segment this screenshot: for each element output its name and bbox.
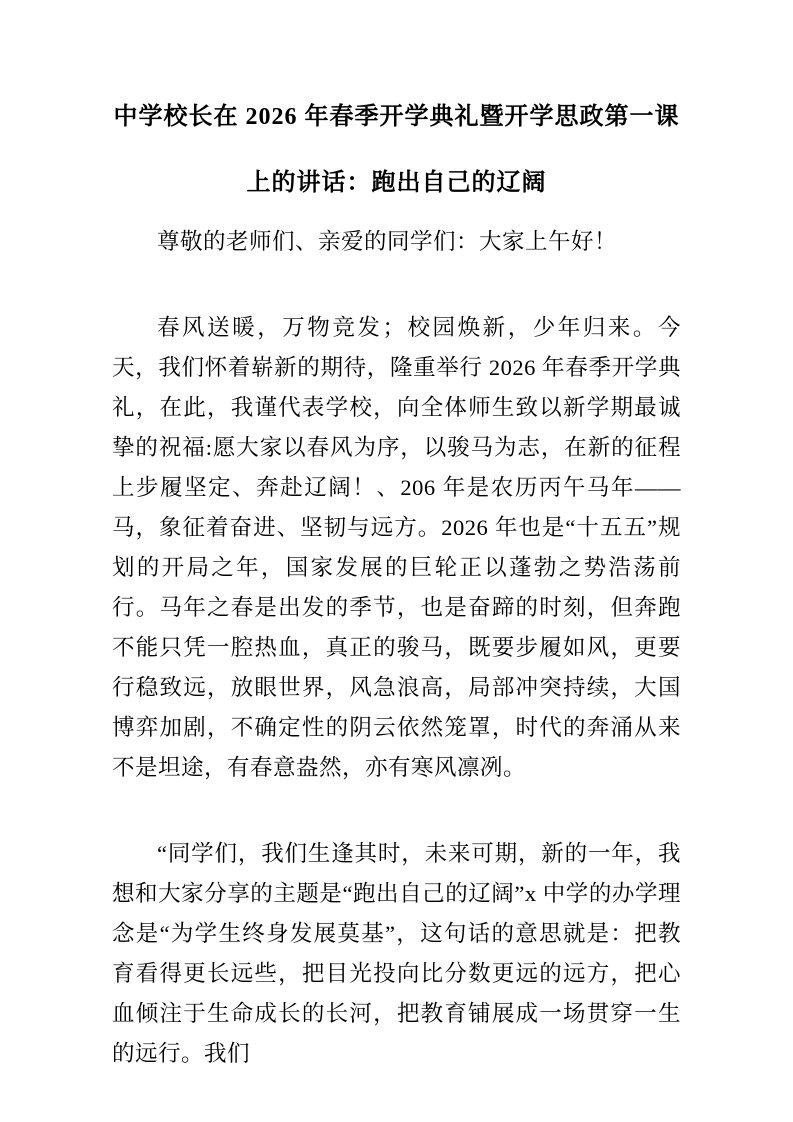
document-title-line-1: 中学校长在 2026 年春季开学典礼暨开学思政第一课 [112,84,681,150]
body-paragraph-1: 春风送暖，万物竞发；校园焕新，少年归来。今天，我们怀着崭新的期待，隆重举行 20… [112,308,681,788]
body-paragraph-2: “同学们，我们生逢其时，未来可期，新的一年，我想和大家分享的主题是“跑出自己的辽… [112,834,681,1074]
document-body: 尊敬的老师们、亲爱的同学们：大家上午好！ 春风送暖，万物竞发；校园焕新，少年归来… [112,222,681,1074]
document-title-line-2: 上的讲话：跑出自己的辽阔 [112,150,681,216]
document-title: 中学校长在 2026 年春季开学典礼暨开学思政第一课 上的讲话：跑出自己的辽阔 [112,84,681,216]
document-page: 中学校长在 2026 年春季开学典礼暨开学思政第一课 上的讲话：跑出自己的辽阔 … [0,0,793,1122]
greeting-paragraph: 尊敬的老师们、亲爱的同学们：大家上午好！ [112,222,681,262]
